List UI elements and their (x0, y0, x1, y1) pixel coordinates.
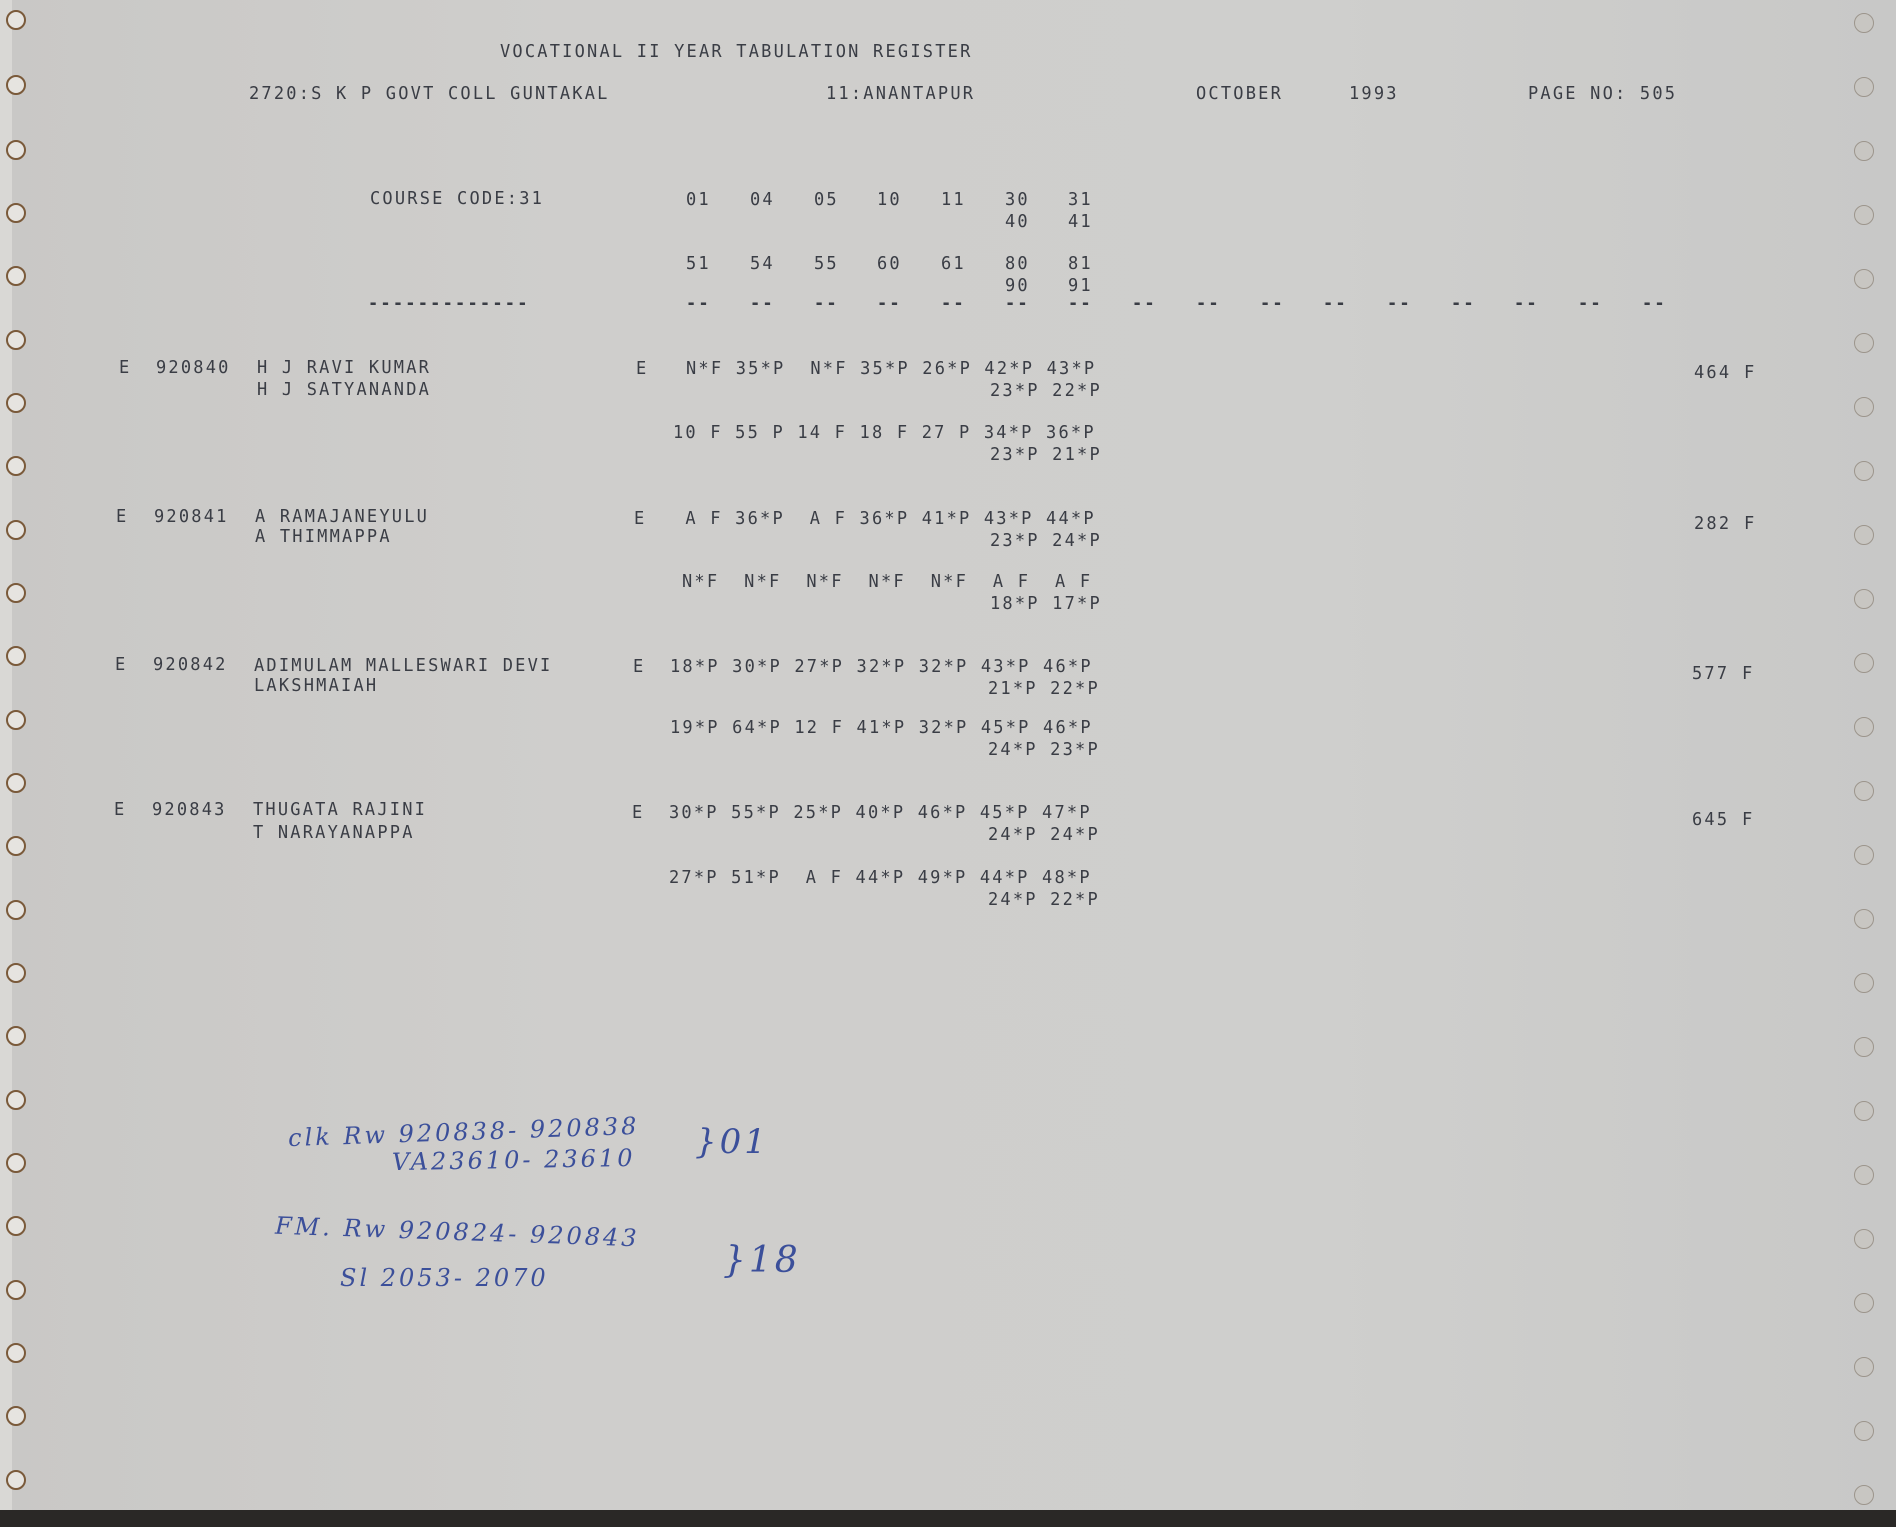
sprocket-hole-icon (6, 330, 26, 350)
total-marks: 577 (1692, 664, 1729, 685)
header-underline: ------------- (368, 294, 530, 315)
college-name: 2720:S K P GOVT COLL GUNTAKAL (249, 84, 610, 105)
subject-code: 40 (1005, 212, 1030, 233)
column-dash: -- (1260, 294, 1285, 315)
total-marks: 645 (1692, 810, 1729, 831)
student-name: THUGATA RAJINI (253, 800, 427, 821)
subject-code: 55 (814, 254, 839, 275)
marks-line-2b: 24*P 22*P (988, 890, 1100, 911)
sprocket-hole-icon (1854, 973, 1874, 993)
record-type: E (114, 800, 126, 821)
roll-number: 920842 (153, 655, 228, 676)
marks-line-1: A F 36*P A F 36*P 41*P 43*P 44*P (673, 509, 1096, 530)
subject-code: 60 (877, 254, 902, 275)
marks-line-2: 19*P 64*P 12 F 41*P 32*P 45*P 46*P (670, 718, 1093, 739)
student-name: A RAMAJANEYULU (255, 507, 429, 528)
sprocket-hole-icon (1854, 141, 1874, 161)
sprocket-hole-icon (1854, 1485, 1874, 1505)
sprocket-hole-icon (1854, 1357, 1874, 1377)
subject-code: 80 (1005, 254, 1030, 275)
column-dash: -- (1514, 294, 1539, 315)
handwritten-line: VA23610- 23610 (392, 1144, 636, 1176)
result-status: F (1744, 363, 1756, 384)
handwritten-count: }18 (723, 1240, 801, 1281)
result-status: F (1744, 514, 1756, 535)
marks-line-1b: 24*P 24*P (988, 825, 1100, 846)
student-name: ADIMULAM MALLESWARI DEVI (254, 656, 552, 677)
marks-line-1b: 23*P 22*P (990, 381, 1102, 402)
sprocket-hole-icon (1854, 909, 1874, 929)
marks-line-2b: 24*P 23*P (988, 740, 1100, 761)
sprocket-hole-icon (6, 1470, 26, 1490)
medium-code: E (633, 657, 645, 678)
sprocket-hole-icon (1854, 77, 1874, 97)
sprocket-hole-icon (6, 1153, 26, 1173)
sprocket-hole-icon (1854, 589, 1874, 609)
sprocket-hole-icon (6, 773, 26, 793)
page-number: PAGE NO: 505 (1528, 84, 1677, 105)
column-dash: -- (1132, 294, 1157, 315)
roll-number: 920840 (156, 358, 231, 379)
district-name: 11:ANANTAPUR (826, 84, 975, 105)
marks-line-2: 10 F 55 P 14 F 18 F 27 P 34*P 36*P (673, 423, 1096, 444)
subject-code: 05 (814, 190, 839, 211)
subject-code: 81 (1068, 254, 1093, 275)
column-dash: -- (750, 294, 775, 315)
sprocket-hole-icon (1854, 1165, 1874, 1185)
column-dash: -- (1642, 294, 1667, 315)
sprocket-hole-icon (1854, 717, 1874, 737)
sprocket-hole-icon (6, 583, 26, 603)
total-marks: 464 (1694, 363, 1731, 384)
marks-line-1: 18*P 30*P 27*P 32*P 32*P 43*P 46*P (670, 657, 1093, 678)
sprocket-hole-icon (6, 1090, 26, 1110)
sprocket-hole-icon (1854, 397, 1874, 417)
column-dash: -- (941, 294, 966, 315)
father-name: A THIMMAPPA (255, 527, 392, 548)
sprocket-hole-icon (1854, 653, 1874, 673)
student-name: H J RAVI KUMAR (257, 358, 431, 379)
exam-month: OCTOBER (1196, 84, 1283, 105)
column-dash: -- (1451, 294, 1476, 315)
sprocket-hole-icon (6, 393, 26, 413)
sprocket-hole-icon (1854, 1229, 1874, 1249)
marks-line-2: N*F N*F N*F N*F N*F A F A F (682, 572, 1092, 593)
sprocket-hole-icon (1854, 781, 1874, 801)
sprocket-hole-icon (1854, 1037, 1874, 1057)
marks-line-2: 27*P 51*P A F 44*P 49*P 44*P 48*P (669, 868, 1092, 889)
marks-line-1: 30*P 55*P 25*P 40*P 46*P 45*P 47*P (669, 803, 1092, 824)
subject-code: 30 (1005, 190, 1030, 211)
marks-line-2b: 18*P 17*P (990, 594, 1102, 615)
sprocket-hole-icon (1854, 333, 1874, 353)
sprocket-hole-icon (1854, 1421, 1874, 1441)
register-title: VOCATIONAL II YEAR TABULATION REGISTER (500, 42, 973, 63)
sprocket-hole-icon (1854, 1101, 1874, 1121)
marks-line-2b: 23*P 21*P (990, 445, 1102, 466)
sprocket-hole-icon (6, 1280, 26, 1300)
subject-code: 54 (750, 254, 775, 275)
medium-code: E (636, 359, 648, 380)
subject-code: 10 (877, 190, 902, 211)
handwritten-count: }01 (695, 1122, 769, 1162)
sprocket-hole-icon (6, 75, 26, 95)
medium-code: E (632, 803, 644, 824)
sprocket-hole-icon (1854, 461, 1874, 481)
sprocket-hole-icon (6, 10, 26, 30)
medium-code: E (634, 509, 646, 530)
total-marks: 282 (1694, 514, 1731, 535)
subject-code: 61 (941, 254, 966, 275)
father-name: LAKSHMAIAH (254, 676, 378, 697)
handwritten-line: Sl 2053- 2070 (340, 1264, 549, 1292)
course-code-label: COURSE CODE:31 (370, 189, 544, 210)
column-dash: -- (814, 294, 839, 315)
sprocket-hole-icon (6, 1026, 26, 1046)
column-dash: -- (1005, 294, 1030, 315)
subject-code: 04 (750, 190, 775, 211)
column-dash: -- (1068, 294, 1093, 315)
sprocket-hole-icon (6, 203, 26, 223)
father-name: T NARAYANAPPA (253, 823, 415, 844)
roll-number: 920843 (152, 800, 227, 821)
sprocket-hole-icon (6, 1343, 26, 1363)
marks-line-1b: 21*P 22*P (988, 679, 1100, 700)
tabulation-register-sheet: VOCATIONAL II YEAR TABULATION REGISTER 2… (0, 0, 1896, 1510)
sprocket-hole-icon (6, 456, 26, 476)
subject-code: 41 (1068, 212, 1093, 233)
column-dash: -- (1323, 294, 1348, 315)
sprocket-hole-icon (6, 1216, 26, 1236)
sprocket-hole-icon (1854, 269, 1874, 289)
sprocket-hole-icon (6, 836, 26, 856)
subject-code: 11 (941, 190, 966, 211)
sprocket-hole-icon (6, 710, 26, 730)
subject-code: 01 (686, 190, 711, 211)
sprocket-hole-icon (6, 646, 26, 666)
roll-number: 920841 (154, 507, 229, 528)
column-dash: -- (1578, 294, 1603, 315)
column-dash: -- (877, 294, 902, 315)
sprocket-hole-icon (6, 900, 26, 920)
exam-year: 1993 (1349, 84, 1399, 105)
sprocket-hole-icon (1854, 13, 1874, 33)
column-dash: -- (1387, 294, 1412, 315)
column-dash: -- (1196, 294, 1221, 315)
father-name: H J SATYANANDA (257, 380, 431, 401)
sprocket-hole-icon (1854, 205, 1874, 225)
record-type: E (116, 507, 128, 528)
record-type: E (115, 655, 127, 676)
sprocket-hole-icon (1854, 845, 1874, 865)
result-status: F (1742, 664, 1754, 685)
record-type: E (119, 358, 131, 379)
sprocket-hole-icon (6, 140, 26, 160)
subject-code: 31 (1068, 190, 1093, 211)
sprocket-hole-icon (1854, 1293, 1874, 1313)
sprocket-hole-icon (6, 266, 26, 286)
handwritten-line: FM. Rw 920824- 920843 (275, 1212, 640, 1253)
sprocket-hole-icon (6, 520, 26, 540)
sprocket-hole-icon (6, 1406, 26, 1426)
subject-code: 51 (686, 254, 711, 275)
column-dash: -- (686, 294, 711, 315)
result-status: F (1742, 810, 1754, 831)
marks-line-1b: 23*P 24*P (990, 531, 1102, 552)
sprocket-hole-icon (1854, 525, 1874, 545)
sprocket-hole-icon (6, 963, 26, 983)
marks-line-1: N*F 35*P N*F 35*P 26*P 42*P 43*P (686, 359, 1096, 380)
